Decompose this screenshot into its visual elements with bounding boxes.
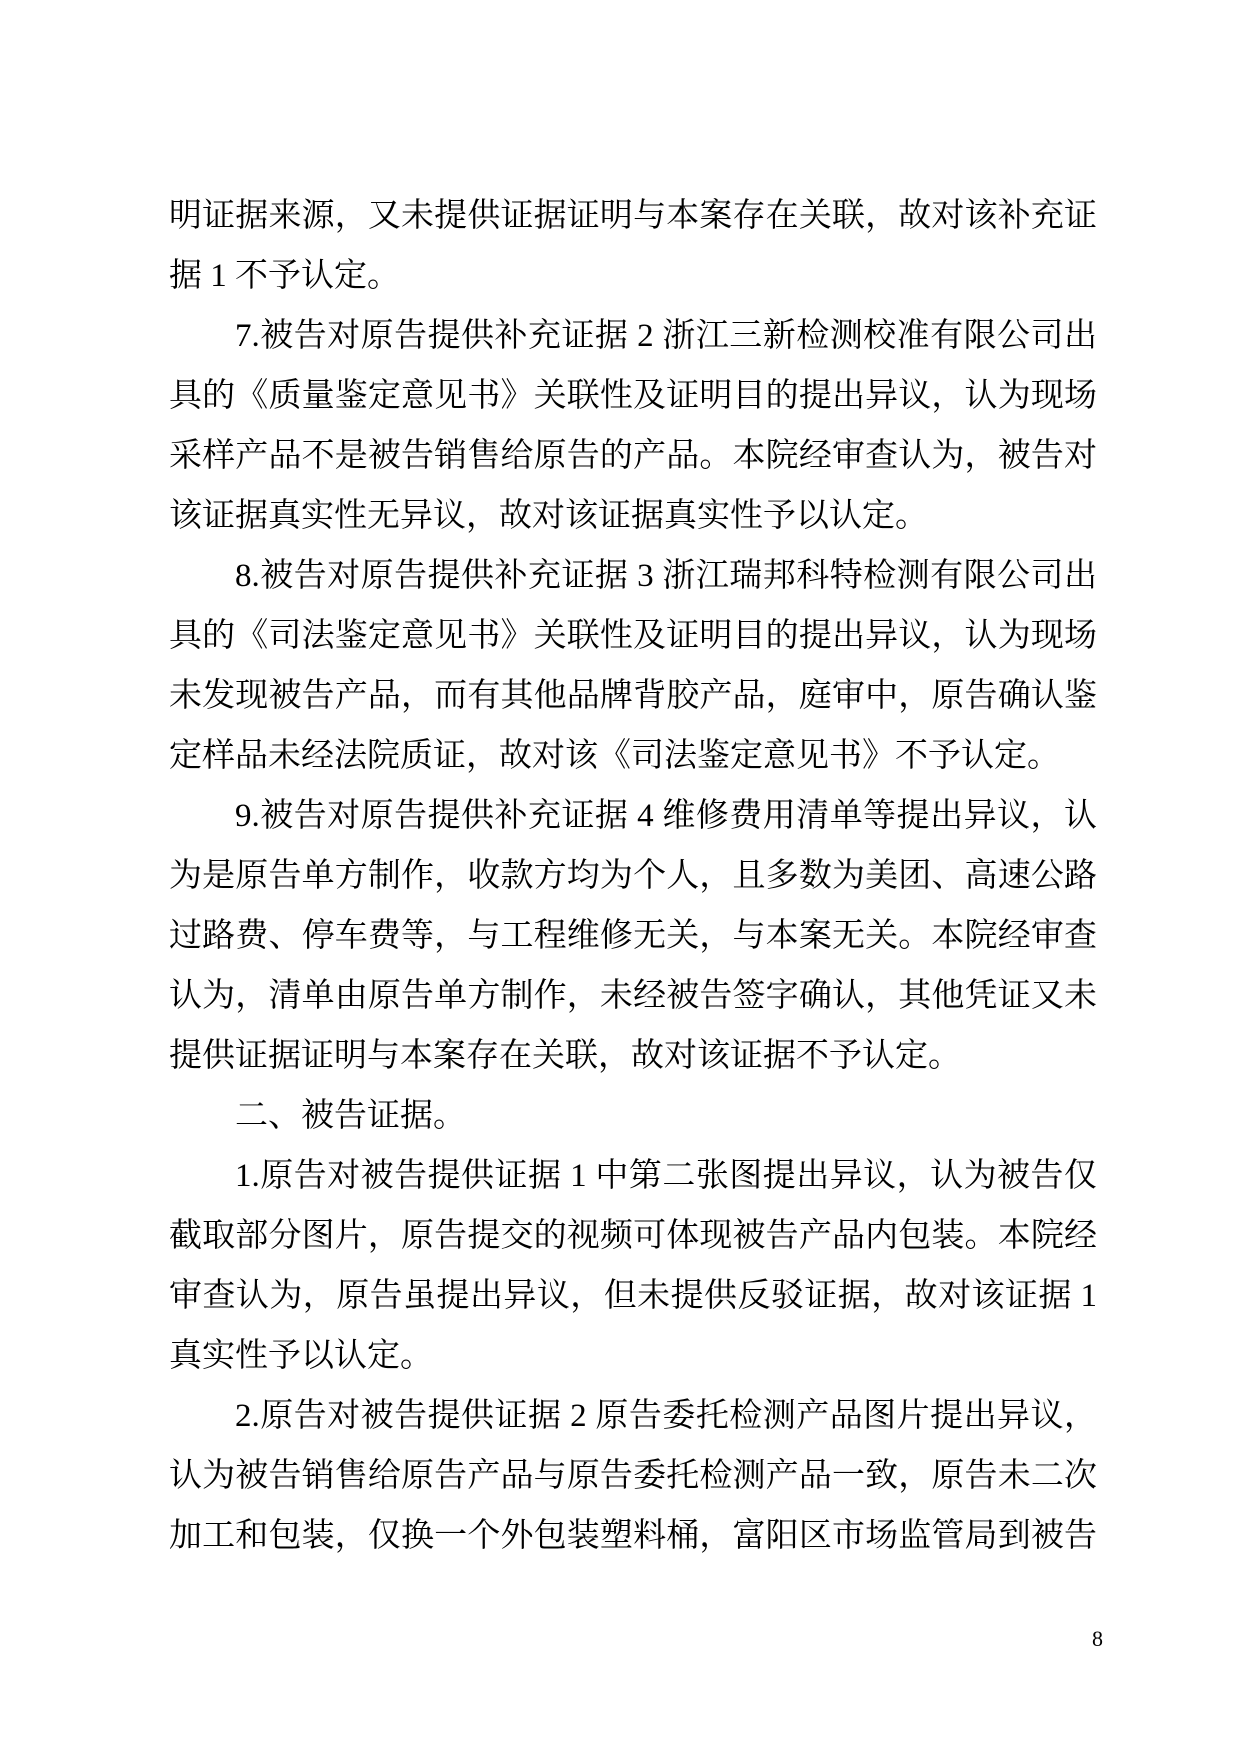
- text-line: 截取部分图片，原告提交的视频可体现被告产品内包装。本院经: [169, 1206, 1097, 1266]
- text-line: 2.原告对被告提供证据 2 原告委托检测产品图片提出异议，: [169, 1386, 1097, 1446]
- text-line: 定样品未经法院质证，故对该《司法鉴定意见书》不予认定。: [169, 726, 1097, 786]
- text-line: 采样产品不是被告销售给原告的产品。本院经审查认为，被告对: [169, 426, 1097, 486]
- text-line: 加工和包装，仅换一个外包装塑料桶，富阳区市场监管局到被告: [169, 1506, 1097, 1566]
- text-line: 认为被告销售给原告产品与原告委托检测产品一致，原告未二次: [169, 1446, 1097, 1506]
- text-line: 过路费、停车费等，与工程维修无关，与本案无关。本院经审查: [169, 906, 1097, 966]
- text-line: 7.被告对原告提供补充证据 2 浙江三新检测校准有限公司出: [169, 306, 1097, 366]
- text-line: 具的《司法鉴定意见书》关联性及证明目的提出异议，认为现场: [169, 606, 1097, 666]
- text-line: 9.被告对原告提供补充证据 4 维修费用清单等提出异议，认: [169, 786, 1097, 846]
- text-line: 据 1 不予认定。: [169, 246, 1097, 306]
- text-line: 二、被告证据。: [169, 1086, 1097, 1146]
- text-line: 8.被告对原告提供补充证据 3 浙江瑞邦科特检测有限公司出: [169, 546, 1097, 606]
- text-line: 真实性予以认定。: [169, 1326, 1097, 1386]
- document-page: 明证据来源，又未提供证据证明与本案存在关联，故对该补充证据 1 不予认定。7.被…: [0, 0, 1241, 1754]
- text-line: 具的《质量鉴定意见书》关联性及证明目的提出异议，认为现场: [169, 366, 1097, 426]
- text-line: 未发现被告产品，而有其他品牌背胶产品，庭审中，原告确认鉴: [169, 666, 1097, 726]
- text-line: 为是原告单方制作，收款方均为个人，且多数为美团、高速公路: [169, 846, 1097, 906]
- document-body: 明证据来源，又未提供证据证明与本案存在关联，故对该补充证据 1 不予认定。7.被…: [169, 186, 1097, 1566]
- text-line: 明证据来源，又未提供证据证明与本案存在关联，故对该补充证: [169, 186, 1097, 246]
- page-number: 8: [1092, 1626, 1103, 1652]
- text-line: 该证据真实性无异议，故对该证据真实性予以认定。: [169, 486, 1097, 546]
- text-line: 提供证据证明与本案存在关联，故对该证据不予认定。: [169, 1026, 1097, 1086]
- text-line: 审查认为，原告虽提出异议，但未提供反驳证据，故对该证据 1: [169, 1266, 1097, 1326]
- text-line: 认为，清单由原告单方制作，未经被告签字确认，其他凭证又未: [169, 966, 1097, 1026]
- text-line: 1.原告对被告提供证据 1 中第二张图提出异议，认为被告仅: [169, 1146, 1097, 1206]
